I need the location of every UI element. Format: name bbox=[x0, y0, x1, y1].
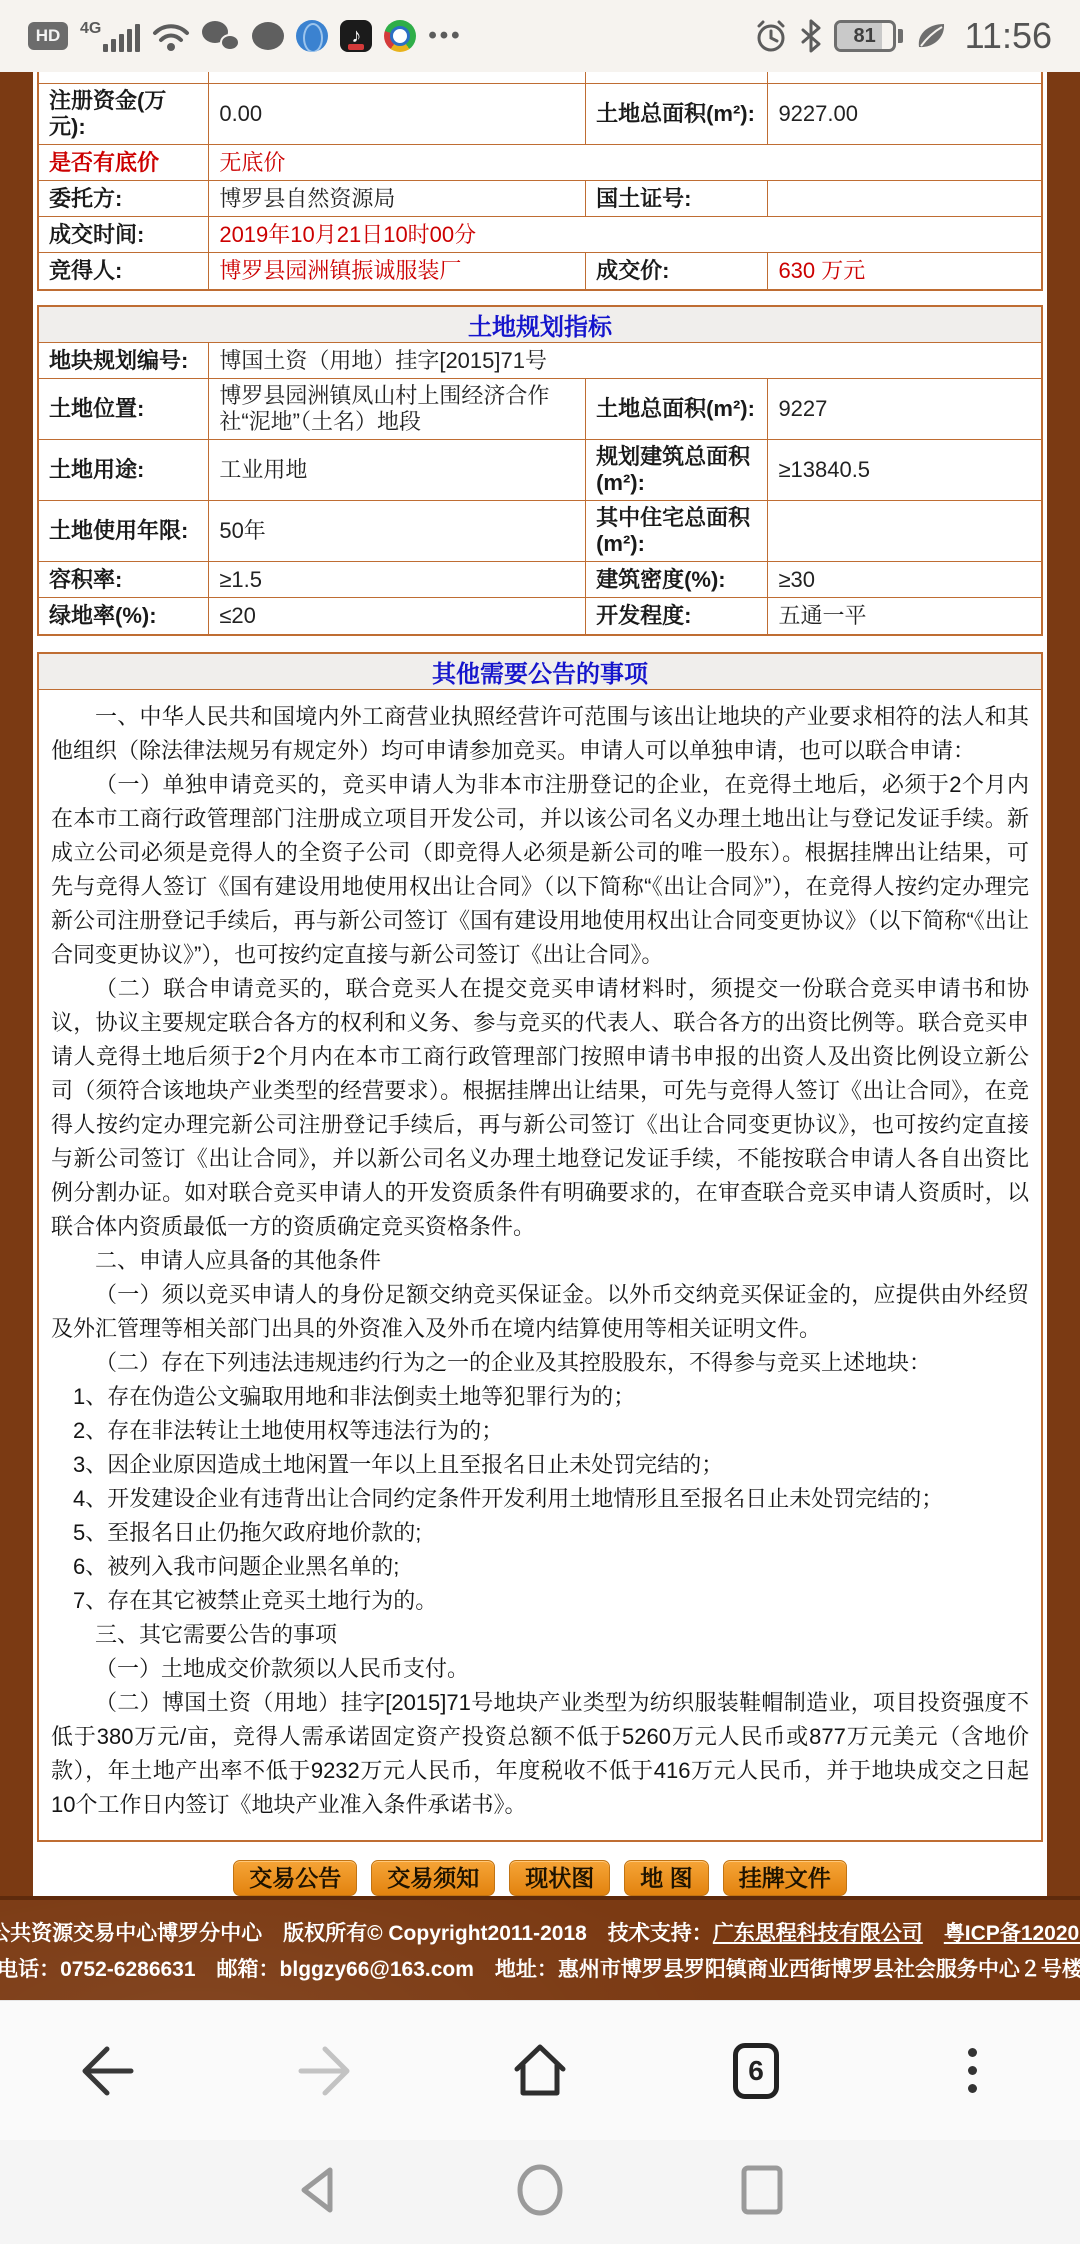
listing-files-button[interactable]: 挂牌文件 bbox=[723, 1860, 847, 1896]
field-label: 成交时间: bbox=[39, 217, 209, 253]
android-home-icon bbox=[520, 2167, 560, 2213]
site-footer: 惠州市公共资源交易中心博罗分中心 版权所有© Copyright2011-201… bbox=[0, 1896, 1080, 2000]
plan-indicators-table: 土地规划指标 地块规划编号: 博国土资（用地）挂字[2015]71号 土地位置:… bbox=[37, 305, 1043, 636]
more-dots: ••• bbox=[428, 22, 462, 50]
forward-arrow-icon bbox=[301, 2049, 347, 2093]
field-label: 注册资金(万元): bbox=[39, 84, 209, 145]
table-row: 容积率: ≥1.5 建筑密度(%): ≥30 bbox=[39, 562, 1041, 598]
paragraph: （二）联合申请竞买的，联合竞买人在提交竞买申请材料时，须提交一份联合竞买申请书和… bbox=[51, 972, 1029, 1244]
field-value: 50年 bbox=[209, 501, 586, 562]
list-item: 1、存在伪造公文骗取用地和非法倒卖土地等犯罪行为的； bbox=[51, 1380, 1029, 1414]
table-row: 土地位置: 博罗县园洲镇凤山村上围经济合作社“泥地”（土名）地段 土地总面积(m… bbox=[39, 379, 1041, 440]
message-icon bbox=[252, 22, 284, 50]
announcement-text: 一、中华人民共和国境内外工商营业执照经营许可范围与该出让地块的产业要求相符的法人… bbox=[39, 690, 1041, 1840]
paragraph: （二）博国土资（用地）挂字[2015]71号地块产业类型为纺织服装鞋帽制造业，项… bbox=[51, 1686, 1029, 1822]
alarm-icon bbox=[754, 19, 788, 53]
table-row: 地块规划编号: 博国土资（用地）挂字[2015]71号 bbox=[39, 343, 1041, 379]
list-item: 5、至报名日止仍拖欠政府地价款的; bbox=[51, 1516, 1029, 1550]
field-value: ≥30 bbox=[768, 562, 1041, 598]
field-value: 630 万元 bbox=[768, 253, 1041, 289]
status-bar: HD 4G ♪ ••• 81 bbox=[0, 0, 1080, 72]
map-button[interactable]: 地 图 bbox=[624, 1860, 708, 1896]
home-icon bbox=[517, 2047, 563, 2093]
field-label: 土地总面积(m²): bbox=[586, 379, 768, 440]
browser-menu-button[interactable] bbox=[864, 2048, 1080, 2093]
icp-license-link[interactable]: 粤ICP备12020762号-1 bbox=[944, 1922, 1080, 1945]
battery-percent: 81 bbox=[853, 25, 875, 48]
field-value: ≥1.5 bbox=[209, 562, 586, 598]
field-value bbox=[768, 181, 1041, 217]
field-label: 容积率: bbox=[39, 562, 209, 598]
section-header: 其他需要公告的事项 bbox=[39, 654, 1041, 690]
android-recents-icon bbox=[744, 2168, 780, 2212]
tab-count-icon: 6 bbox=[733, 2043, 779, 2099]
field-label: 土地用途: bbox=[39, 440, 209, 501]
battery-indicator: 81 bbox=[834, 20, 903, 52]
field-label: 委托方: bbox=[39, 181, 209, 217]
field-label: 竞得人: bbox=[39, 253, 209, 289]
current-state-map-button[interactable]: 现状图 bbox=[509, 1860, 610, 1896]
table-row: 竞得人: 博罗县园洲镇振诚服装厂 成交价: 630 万元 bbox=[39, 253, 1041, 289]
field-label: 建筑密度(%): bbox=[586, 562, 768, 598]
paragraph: 三、其它需要公告的事项 bbox=[51, 1618, 1029, 1652]
field-label: 是否有底价 bbox=[39, 145, 209, 181]
trade-announcement-button[interactable]: 交易公告 bbox=[233, 1860, 357, 1896]
action-button-row: 交易公告 交易须知 现状图 地 图 挂牌文件 bbox=[37, 1860, 1043, 1896]
field-value: 0.00 bbox=[209, 84, 586, 145]
field-label: 土地使用年限: bbox=[39, 501, 209, 562]
android-navbar bbox=[0, 2140, 1080, 2244]
browser-toolbar: 6 bbox=[0, 2000, 1080, 2140]
field-label: 绿地率(%): bbox=[39, 598, 209, 634]
clock-time: 11:56 bbox=[965, 15, 1052, 57]
field-value bbox=[768, 501, 1041, 562]
field-label: 地块规划编号: bbox=[39, 343, 209, 379]
news-icon bbox=[384, 20, 416, 52]
section-title: 其他需要公告的事项 bbox=[432, 654, 648, 689]
field-value: 博国土资（用地）挂字[2015]71号 bbox=[209, 343, 1041, 379]
field-label: 国土证号: bbox=[586, 181, 768, 217]
hd-badge: HD bbox=[28, 22, 68, 50]
list-item: 3、因企业原因造成土地闲置一年以上且至报名日止未处罚完结的； bbox=[51, 1448, 1029, 1482]
android-back-button[interactable] bbox=[292, 2162, 344, 2223]
browser-tabs-button[interactable]: 6 bbox=[648, 2043, 864, 2099]
table-row: 是否有底价 无底价 bbox=[39, 145, 1041, 181]
table-row: 绿地率(%): ≤20 开发程度: 五通一平 bbox=[39, 598, 1041, 634]
leaf-icon bbox=[915, 21, 947, 51]
field-value: 博罗县园洲镇振诚服装厂 bbox=[209, 253, 586, 289]
footer-copyright-line: 惠州市公共资源交易中心博罗分中心 版权所有© Copyright2011-201… bbox=[0, 1917, 1080, 1947]
table-row: 成交时间: 2019年10月21日10时00分 bbox=[39, 217, 1041, 253]
field-label: 其中住宅总面积(m²): bbox=[586, 501, 768, 562]
browser-forward-button[interactable] bbox=[216, 2043, 432, 2099]
field-value: ≥13840.5 bbox=[768, 440, 1041, 501]
list-item: 4、开发建设企业有违背出让合同约定条件开发利用土地情形且至报名日止未处罚完结的； bbox=[51, 1482, 1029, 1516]
phone-screen: HD 4G ♪ ••• 81 bbox=[0, 0, 1080, 2244]
bluetooth-icon bbox=[800, 19, 822, 53]
field-value: 9227.00 bbox=[768, 84, 1041, 145]
section-title: 土地规划指标 bbox=[468, 307, 612, 342]
footer-copyright-text: 惠州市公共资源交易中心博罗分中心 版权所有© Copyright2011-201… bbox=[0, 1922, 713, 1945]
field-value: 博罗县园洲镇凤山村上围经济合作社“泥地”（土名）地段 bbox=[209, 379, 586, 440]
field-value: 2019年10月21日10时00分 bbox=[209, 217, 1041, 253]
announcement-box: 其他需要公告的事项 一、中华人民共和国境内外工商营业执照经营许可范围与该出让地块… bbox=[37, 652, 1043, 1842]
paragraph: 二、申请人应具备的其他条件 bbox=[51, 1244, 1029, 1278]
wechat-icon bbox=[202, 21, 240, 51]
table-row: 委托方: 博罗县自然资源局 国土证号: bbox=[39, 181, 1041, 217]
section-header: 土地规划指标 bbox=[39, 307, 1041, 343]
android-home-button[interactable] bbox=[512, 2162, 568, 2223]
field-value: 博罗县自然资源局 bbox=[209, 181, 586, 217]
paragraph: （一）须以竞买申请人的身份足额交纳竞买保证金。以外币交纳竞买保证金的，应提供由外… bbox=[51, 1278, 1029, 1346]
field-label: 土地位置: bbox=[39, 379, 209, 440]
footer-contact-line: 联系电话：0752-6286631 邮箱：blggzy66@163.com 地址… bbox=[0, 1953, 1080, 1983]
field-value: 无底价 bbox=[209, 145, 1041, 181]
browser-icon bbox=[296, 20, 328, 52]
page-content: 注册资金(万元): 0.00 土地总面积(m²): 9227.00 是否有底价 … bbox=[33, 72, 1047, 1896]
tech-support-link[interactable]: 广东思程科技有限公司 bbox=[713, 1922, 923, 1945]
trade-notice-button[interactable]: 交易须知 bbox=[371, 1860, 495, 1896]
field-label: 开发程度: bbox=[586, 598, 768, 634]
tab-count: 6 bbox=[748, 2055, 764, 2087]
field-value: 五通一平 bbox=[768, 598, 1041, 634]
browser-back-button[interactable] bbox=[0, 2043, 216, 2099]
paragraph: 一、中华人民共和国境内外工商营业执照经营许可范围与该出让地块的产业要求相符的法人… bbox=[51, 700, 1029, 768]
list-item: 7、存在其它被禁止竞买土地行为的。 bbox=[51, 1584, 1029, 1618]
table-row: 土地使用年限: 50年 其中住宅总面积(m²): bbox=[39, 501, 1041, 562]
field-label: 成交价: bbox=[586, 253, 768, 289]
network-type-label: 4G bbox=[80, 20, 101, 38]
field-value: ≤20 bbox=[209, 598, 586, 634]
browser-home-button[interactable] bbox=[432, 2041, 648, 2101]
field-value: 工业用地 bbox=[209, 440, 586, 501]
table-row-clipped bbox=[39, 72, 1041, 84]
paragraph: （一）单独申请竞买的，竞买申请人为非本市注册登记的企业，在竞得土地后，必须于2个… bbox=[51, 768, 1029, 972]
field-label: 土地总面积(m²): bbox=[586, 84, 768, 145]
wifi-icon bbox=[152, 21, 190, 51]
table-row: 土地用途: 工业用地 规划建筑总面积(m²): ≥13840.5 bbox=[39, 440, 1041, 501]
table-row: 注册资金(万元): 0.00 土地总面积(m²): 9227.00 bbox=[39, 84, 1041, 145]
android-back-icon bbox=[304, 2170, 330, 2210]
deal-info-table: 注册资金(万元): 0.00 土地总面积(m²): 9227.00 是否有底价 … bbox=[37, 72, 1043, 291]
kebab-menu-icon bbox=[968, 2048, 977, 2093]
android-recents-button[interactable] bbox=[736, 2162, 788, 2223]
paragraph: （二）存在下列违法违规违约行为之一的企业及其控股股东，不得参与竞买上述地块： bbox=[51, 1346, 1029, 1380]
field-value: 9227 bbox=[768, 379, 1041, 440]
signal-bars: 4G bbox=[80, 20, 140, 52]
back-arrow-icon bbox=[85, 2049, 131, 2093]
paragraph: （一）土地成交价款须以人民币支付。 bbox=[51, 1652, 1029, 1686]
tiktok-icon: ♪ bbox=[340, 20, 372, 52]
field-label: 规划建筑总面积(m²): bbox=[586, 440, 768, 501]
list-item: 6、被列入我市问题企业黑名单的; bbox=[51, 1550, 1029, 1584]
list-item: 2、存在非法转让土地使用权等违法行为的； bbox=[51, 1414, 1029, 1448]
webpage-viewport: 注册资金(万元): 0.00 土地总面积(m²): 9227.00 是否有底价 … bbox=[0, 72, 1080, 1896]
